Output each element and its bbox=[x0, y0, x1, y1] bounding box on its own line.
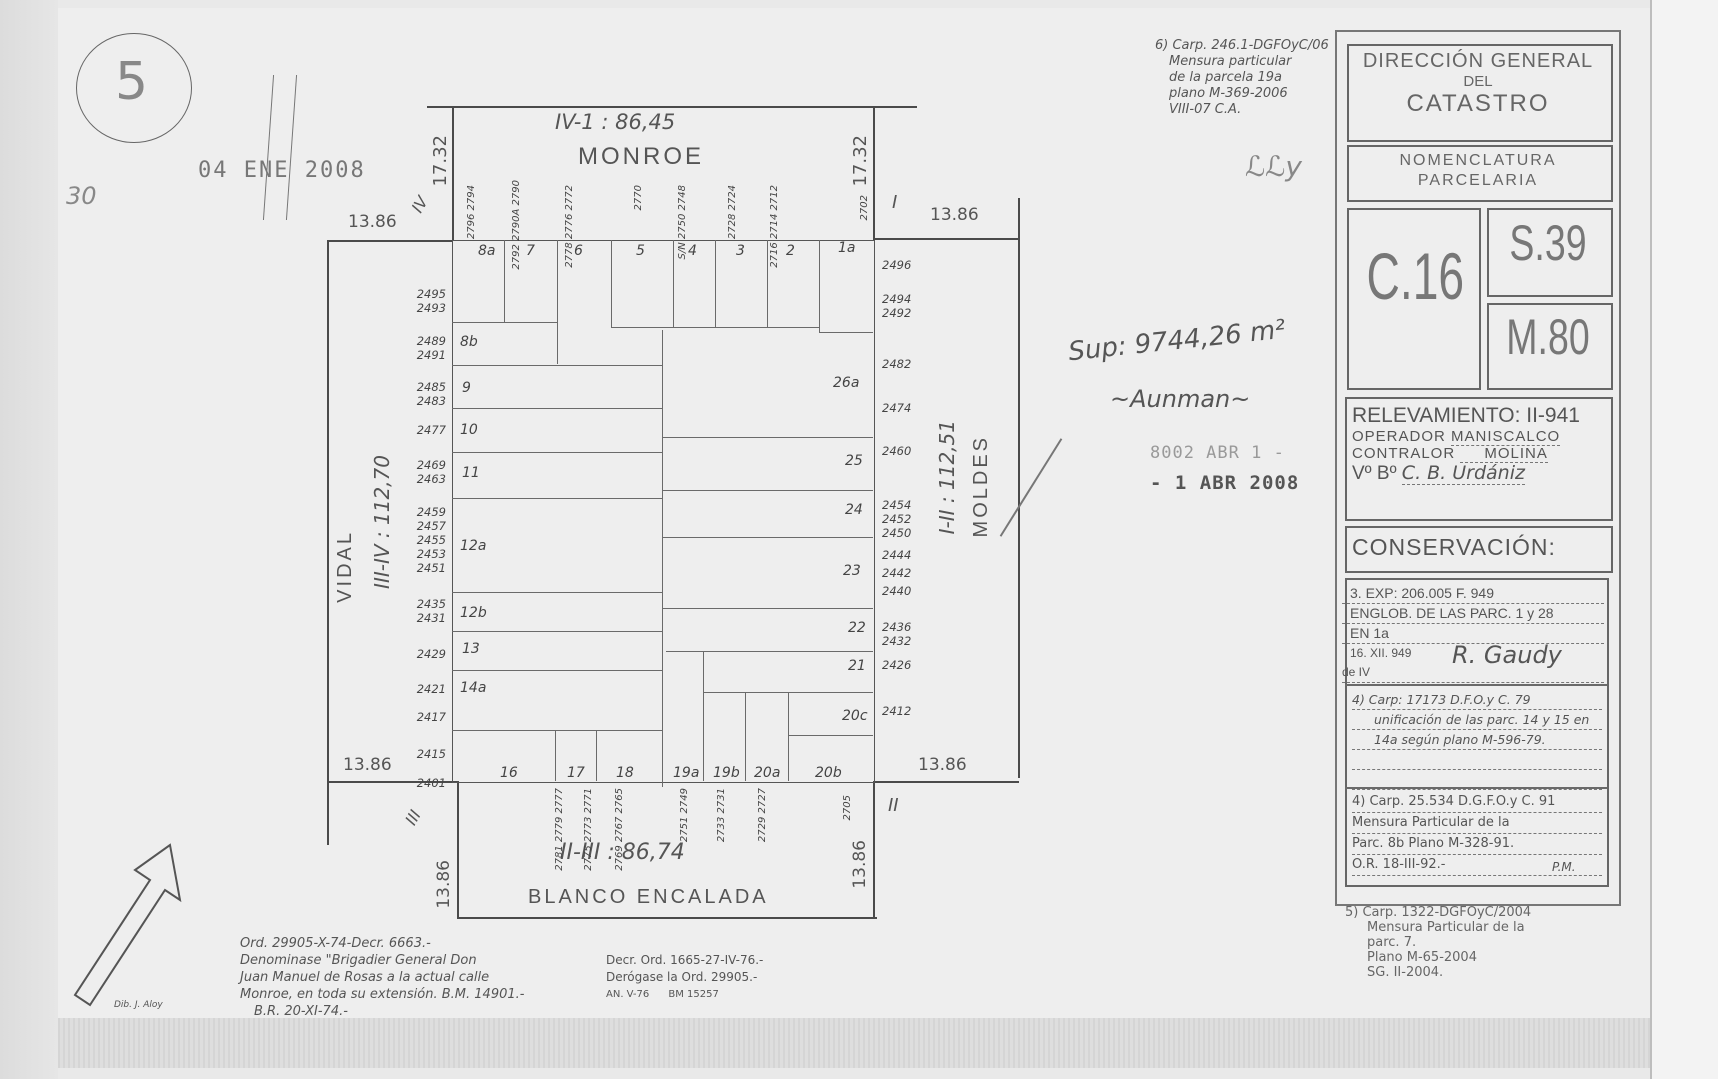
circunscripcion: C.16 bbox=[1367, 238, 1458, 314]
north-frontage-ext bbox=[327, 240, 452, 242]
lot-label: 8a bbox=[478, 243, 496, 259]
top-note: 6) Carp. 246.1-DGFOyC/06Mensura particul… bbox=[1155, 38, 1329, 118]
vidal-street-line bbox=[327, 240, 329, 845]
corner-II: II bbox=[888, 795, 899, 816]
parcel-div bbox=[715, 240, 716, 328]
south-frontage-ext-e bbox=[873, 781, 1019, 783]
north-address-group: 2770 bbox=[634, 185, 644, 210]
margin-note: 30 bbox=[66, 182, 97, 210]
parcel-div bbox=[452, 408, 662, 409]
west-address-group: 24852483 bbox=[400, 380, 446, 408]
west-address-group: 2415 bbox=[400, 747, 446, 761]
surface-signature: ~Aunman~ bbox=[1110, 385, 1250, 413]
west-address-group: 2421 bbox=[400, 682, 446, 696]
parcel-div bbox=[452, 670, 662, 671]
parcel-div bbox=[555, 730, 556, 781]
south-address-group: 2781 2779 2777 bbox=[555, 788, 565, 871]
conservacion-title: CONSERVACIÓN: bbox=[1352, 534, 1556, 561]
east-address-group: 2482 bbox=[882, 357, 930, 371]
parcel-div bbox=[788, 692, 789, 781]
north-address-group: 2716 2714 2712 bbox=[770, 185, 780, 268]
parcel-div bbox=[452, 322, 558, 323]
south-address-group: 2729 2727 bbox=[758, 788, 768, 842]
east-address-group: 2474 bbox=[882, 401, 930, 415]
south-address-group: 2705 bbox=[843, 795, 853, 820]
entry-1-signature: R. Gaudy bbox=[1452, 646, 1562, 665]
parcel-div bbox=[819, 240, 820, 332]
stamp-date-mirror: 8002 ABR 1 - bbox=[1150, 443, 1285, 463]
parcel-div bbox=[452, 730, 662, 731]
lot-label: 20b bbox=[815, 765, 842, 781]
parcel-div bbox=[452, 452, 662, 453]
west-address-group: 2401 bbox=[400, 776, 446, 790]
lot-label: 12a bbox=[460, 538, 486, 554]
parcel-div bbox=[452, 592, 662, 593]
monroe-street-line bbox=[427, 106, 917, 108]
chamfer-sw-h: 13.86 bbox=[343, 755, 392, 775]
north-address-group: 2796 2794 bbox=[467, 185, 477, 239]
parcel-div bbox=[745, 692, 746, 781]
chamfer-ne-h: 13.86 bbox=[930, 205, 979, 225]
lot-label: 3 bbox=[736, 243, 745, 259]
west-address-group: 2477 bbox=[400, 423, 446, 437]
parcel-div bbox=[662, 490, 873, 491]
parcel-div bbox=[504, 240, 505, 322]
north-arrow-icon bbox=[70, 840, 190, 1010]
north-address-group: 2702 bbox=[860, 195, 870, 220]
bottom-note-right: Decr. Ord. 1665-27-IV-76.-Derógase la Or… bbox=[606, 952, 763, 1003]
lot-label: 10 bbox=[460, 422, 478, 438]
lot-label: 21 bbox=[848, 658, 866, 674]
east-address-group: 245424522450 bbox=[882, 498, 930, 540]
scan-left-edge bbox=[0, 0, 58, 1079]
east-address-group: 244424422440 bbox=[882, 546, 930, 600]
lot-label: 7 bbox=[526, 243, 535, 259]
nomenclatura-label: NOMENCLATURAPARCELARIA bbox=[1347, 151, 1609, 191]
sw-cross-v bbox=[457, 781, 459, 917]
lot-label: 6 bbox=[574, 243, 583, 259]
lot-label: 24 bbox=[845, 502, 863, 518]
parcel-div bbox=[557, 240, 558, 364]
parcel-div bbox=[666, 651, 873, 652]
lot-label: 20c bbox=[842, 708, 868, 724]
chamfer-se-v: 13.86 bbox=[850, 840, 870, 889]
lot-label: 11 bbox=[462, 465, 480, 481]
south-address-group: 2751 2749 bbox=[680, 788, 690, 842]
lot-label: 1a bbox=[838, 240, 856, 256]
north-address-group: 2792 2790A 2790 bbox=[512, 180, 522, 270]
draftsman-note: Dib. J. Aloy bbox=[114, 1000, 163, 1010]
parcel-div bbox=[452, 365, 662, 366]
parcel-div bbox=[662, 537, 873, 538]
panel-footer-note: 5) Carp. 1322-DGFOyC/2004 Mensura Partic… bbox=[1345, 905, 1531, 980]
chamfer-nw-v: 17.32 bbox=[430, 135, 451, 187]
conservacion-entry-2: 4) Carp: 17173 D.F.O.y C. 79 unificación… bbox=[1352, 690, 1602, 790]
parcel-div bbox=[703, 651, 704, 781]
entry-3-signature: P.M. bbox=[1552, 857, 1576, 877]
east-address-group: 24362432 bbox=[882, 620, 930, 648]
parcel-div bbox=[819, 332, 873, 333]
entry-divider bbox=[1345, 787, 1607, 789]
lot-label: 20a bbox=[754, 765, 780, 781]
north-address-group: S/N 2750 2748 bbox=[678, 185, 688, 259]
parcel-div bbox=[452, 498, 662, 499]
nw-cross-v bbox=[452, 108, 454, 240]
blanco-encalada-street-line bbox=[457, 917, 877, 919]
moldes-street-line bbox=[1018, 198, 1020, 778]
stamp-date: - 1 ABR 2008 bbox=[1150, 472, 1299, 494]
parcel-div bbox=[452, 631, 662, 632]
parcel-div bbox=[767, 240, 768, 328]
chamfer-ne-v: 17.32 bbox=[850, 135, 871, 187]
parcel-div bbox=[662, 330, 663, 787]
east-address-group: 2426 bbox=[882, 658, 930, 672]
street-name-east: MOLDES bbox=[970, 435, 993, 537]
parcel-div bbox=[596, 730, 597, 781]
west-address-group: 2429 bbox=[400, 647, 446, 661]
lot-label: 16 bbox=[500, 765, 518, 781]
scan-bottom-band bbox=[58, 1018, 1650, 1068]
parcel-div bbox=[611, 327, 819, 328]
seccion: S.39 bbox=[1502, 214, 1594, 272]
street-measure-north: IV-1 : 86,45 bbox=[555, 110, 675, 134]
lot-label: 23 bbox=[843, 563, 861, 579]
top-note-signature: ℒℒy bbox=[1245, 150, 1302, 183]
se-cross-v bbox=[873, 781, 875, 917]
sheet-number: 5 bbox=[115, 52, 148, 112]
south-address-group: 2769 2767 2765 bbox=[615, 788, 625, 871]
manzana: M.80 bbox=[1502, 308, 1594, 366]
chamfer-sw-v: 13.86 bbox=[434, 860, 454, 909]
street-name-south: BLANCO ENCALADA bbox=[528, 886, 769, 909]
conservacion-entry-1: 3. EXP: 206.005 F. 949 ENGLOB. DE LAS PA… bbox=[1342, 584, 1604, 683]
lot-label: 12b bbox=[460, 605, 487, 621]
lot-label: 5 bbox=[636, 243, 645, 259]
west-address-group: 24352431 bbox=[400, 597, 446, 625]
south-address-group: 2775 2773 2771 bbox=[584, 788, 594, 871]
parcel-div bbox=[611, 240, 612, 328]
lot-label: 17 bbox=[567, 765, 585, 781]
parcel-div bbox=[673, 240, 674, 328]
parcel-div bbox=[662, 437, 873, 438]
north-address-group: 2728 2724 bbox=[728, 185, 738, 239]
north-frontage-ext-e bbox=[873, 238, 1019, 240]
east-address-group: 2460 bbox=[882, 444, 930, 458]
west-address-group: 2417 bbox=[400, 710, 446, 724]
conservacion-entry-3: 4) Carp. 25.534 D.G.F.O.y C. 91 Mensura … bbox=[1352, 792, 1602, 876]
west-address-group: 24592457245524532451 bbox=[400, 505, 446, 575]
street-name-west: VIDAL bbox=[334, 530, 357, 603]
lot-label: 18 bbox=[616, 765, 634, 781]
relevamiento-block: RELEVAMIENTO: II-941 OPERADOR MANISCALCO… bbox=[1352, 404, 1602, 485]
scan-right-edge bbox=[1650, 0, 1718, 1079]
street-measure-west: III-IV : 112,70 bbox=[370, 455, 394, 589]
lot-label: 19b bbox=[713, 765, 740, 781]
west-address-group: 24892491 bbox=[400, 334, 446, 362]
west-address-group: 24952493 bbox=[400, 287, 446, 315]
ne-cross-v bbox=[873, 108, 875, 240]
lot-label: 19a bbox=[673, 765, 699, 781]
south-address-group: 2733 2731 bbox=[717, 788, 727, 842]
lot-label: 22 bbox=[848, 620, 866, 636]
lot-label: 9 bbox=[462, 380, 471, 396]
bottom-note-left: Ord. 29905-X-74-Decr. 6663.-Denominase "… bbox=[240, 935, 524, 1020]
east-address-group: 24942492 bbox=[882, 292, 930, 320]
lot-label: 25 bbox=[845, 453, 863, 469]
street-measure-east: I-II : 112,51 bbox=[935, 420, 959, 534]
parcel-div bbox=[788, 735, 873, 736]
chamfer-nw-h: 13.86 bbox=[348, 212, 397, 232]
chamfer-se-h: 13.86 bbox=[918, 755, 967, 775]
lot-label: 13 bbox=[462, 641, 480, 657]
lot-label: 2 bbox=[786, 243, 795, 259]
street-name-north: MONROE bbox=[578, 143, 704, 171]
lot-label: 26a bbox=[833, 375, 859, 391]
east-address-group: 2412 bbox=[882, 704, 930, 718]
parcel-div bbox=[662, 608, 873, 609]
corner-I: I bbox=[892, 192, 897, 213]
west-address-group: 24692463 bbox=[400, 458, 446, 486]
lot-label: 8b bbox=[460, 334, 478, 350]
entry-divider bbox=[1345, 684, 1607, 686]
lot-label: 4 bbox=[688, 243, 697, 259]
panel-header: DIRECCIÓN GENERAL DEL CATASTRO bbox=[1347, 50, 1609, 118]
east-address-group: 2496 bbox=[882, 258, 930, 272]
lot-label: 14a bbox=[460, 680, 486, 696]
